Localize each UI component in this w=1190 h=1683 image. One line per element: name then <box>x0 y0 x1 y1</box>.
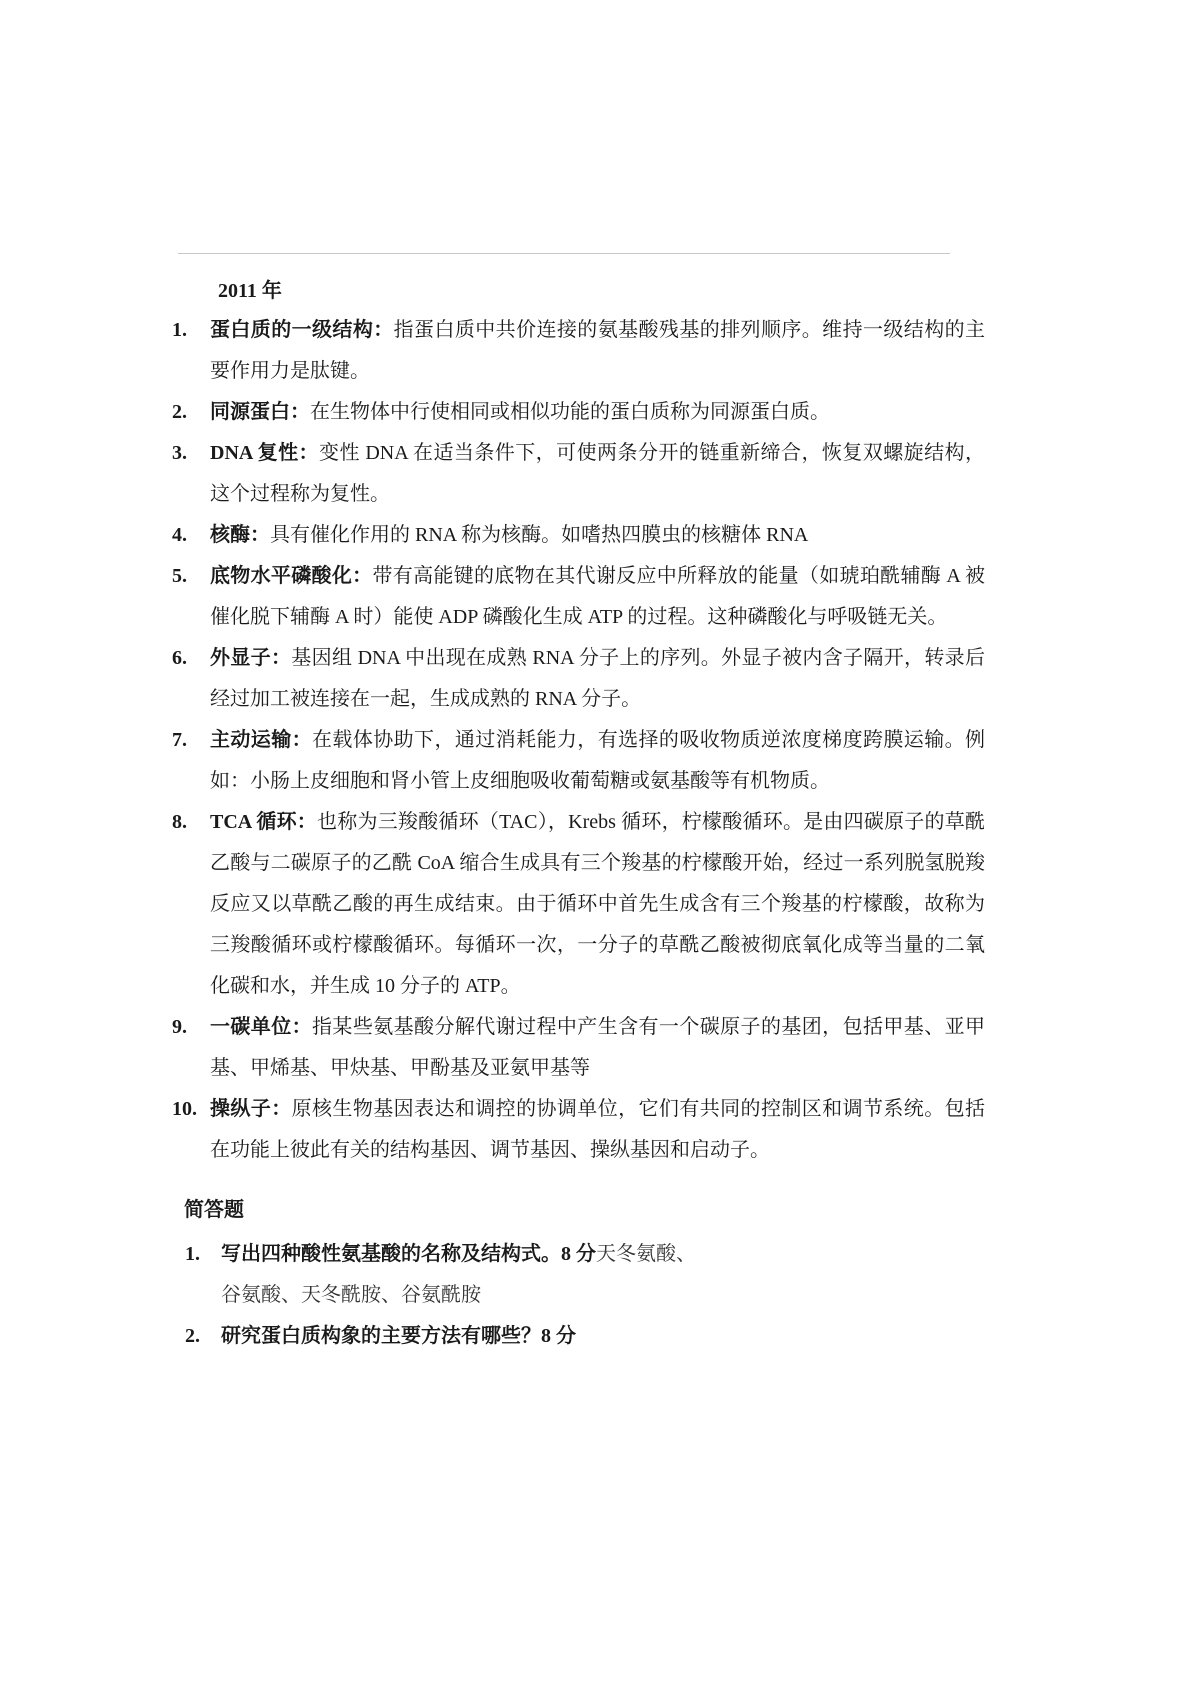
item-number: 5. <box>172 556 210 597</box>
definition-item-5: 5. 底物水平磷酸化：带有高能键的底物在其代谢反应中所释放的能量（如琥珀酰辅酶 … <box>172 556 992 638</box>
item-number: 9. <box>172 1007 210 1048</box>
definition-item-1: 1. 蛋白质的一级结构：指蛋白质中共价连接的氨基酸残基的排列顺序。维持一级结构的… <box>172 310 992 392</box>
definition-term: 主动运输： <box>210 729 312 751</box>
definition-text: 原核生物基因表达和调控的协调单位，它们有共同的控制区和调节系统。包括在功能上彼此… <box>210 1098 985 1161</box>
short-answer-question-1: 1. 写出四种酸性氨基酸的名称及结构式。8 分天冬氨酸、谷氨酸、天冬酰胺、谷氨酰… <box>185 1234 705 1316</box>
definition-term: 核酶： <box>210 524 270 546</box>
short-answer-question-2: 2. 研究蛋白质构象的主要方法有哪些？8 分 <box>185 1316 945 1357</box>
item-number: 7. <box>172 720 210 761</box>
definition-term: DNA 复性： <box>210 442 319 464</box>
definition-item-7: 7. 主动运输：在载体协助下，通过消耗能力，有选择的吸收物质逆浓度梯度跨膜运输。… <box>172 720 992 802</box>
question-number: 2. <box>185 1316 200 1357</box>
question-text: 研究蛋白质构象的主要方法有哪些？8 分 <box>221 1325 576 1347</box>
definition-text: 具有催化作用的 RNA 称为核酶。如嗜热四膜虫的核糖体 RNA <box>270 524 808 546</box>
definition-term: 蛋白质的一级结构： <box>210 319 394 341</box>
definition-term: 同源蛋白： <box>210 401 310 423</box>
item-number: 8. <box>172 802 210 843</box>
definition-item-2: 2. 同源蛋白：在生物体中行使相同或相似功能的蛋白质称为同源蛋白质。 <box>172 392 992 433</box>
definition-item-4: 4. 核酶：具有催化作用的 RNA 称为核酶。如嗜热四膜虫的核糖体 RNA <box>172 515 992 556</box>
definition-item-10: 10. 操纵子：原核生物基因表达和调控的协调单位，它们有共同的控制区和调节系统。… <box>172 1089 992 1171</box>
definition-item-8: 8. TCA 循环：也称为三羧酸循环（TAC），Krebs 循环，柠檬酸循环。是… <box>172 802 992 1007</box>
definition-term: 底物水平磷酸化： <box>210 565 372 587</box>
definition-text: 基因组 DNA 中出现在成熟 RNA 分子上的序列。外显子被内含子隔开，转录后经… <box>210 647 985 710</box>
item-number: 1. <box>172 310 210 351</box>
question-number: 1. <box>185 1234 200 1275</box>
short-answer-section-title: 简答题 <box>184 1197 244 1223</box>
definition-term: TCA 循环： <box>210 811 317 833</box>
item-number: 6. <box>172 638 210 679</box>
definition-term: 外显子： <box>210 647 291 669</box>
item-number: 4. <box>172 515 210 556</box>
definition-text: 在载体协助下，通过消耗能力，有选择的吸收物质逆浓度梯度跨膜运输。例如：小肠上皮细… <box>210 729 985 792</box>
header-divider <box>178 253 950 254</box>
definition-text: 在生物体中行使相同或相似功能的蛋白质称为同源蛋白质。 <box>310 401 830 423</box>
year-heading: 2011 年 <box>218 279 282 303</box>
item-number: 3. <box>172 433 210 474</box>
definition-item-6: 6. 外显子：基因组 DNA 中出现在成熟 RNA 分子上的序列。外显子被内含子… <box>172 638 992 720</box>
definition-text: 变性 DNA 在适当条件下，可使两条分开的链重新缔合，恢复双螺旋结构，这个过程称… <box>210 442 985 505</box>
definition-term: 操纵子： <box>210 1098 292 1120</box>
definition-item-3: 3. DNA 复性：变性 DNA 在适当条件下，可使两条分开的链重新缔合，恢复双… <box>172 433 992 515</box>
definition-item-9: 9. 一碳单位：指某些氨基酸分解代谢过程中产生含有一个碳原子的基团，包括甲基、亚… <box>172 1007 992 1089</box>
definition-text: 也称为三羧酸循环（TAC），Krebs 循环，柠檬酸循环。是由四碳原子的草酰乙酸… <box>210 811 985 997</box>
item-number: 2. <box>172 392 210 433</box>
question-text: 写出四种酸性氨基酸的名称及结构式。8 分 <box>221 1243 596 1265</box>
item-number: 10. <box>172 1089 210 1130</box>
definition-text: 指某些氨基酸分解代谢过程中产生含有一个碳原子的基团，包括甲基、亚甲基、甲烯基、甲… <box>210 1016 985 1079</box>
definition-term: 一碳单位： <box>210 1016 312 1038</box>
